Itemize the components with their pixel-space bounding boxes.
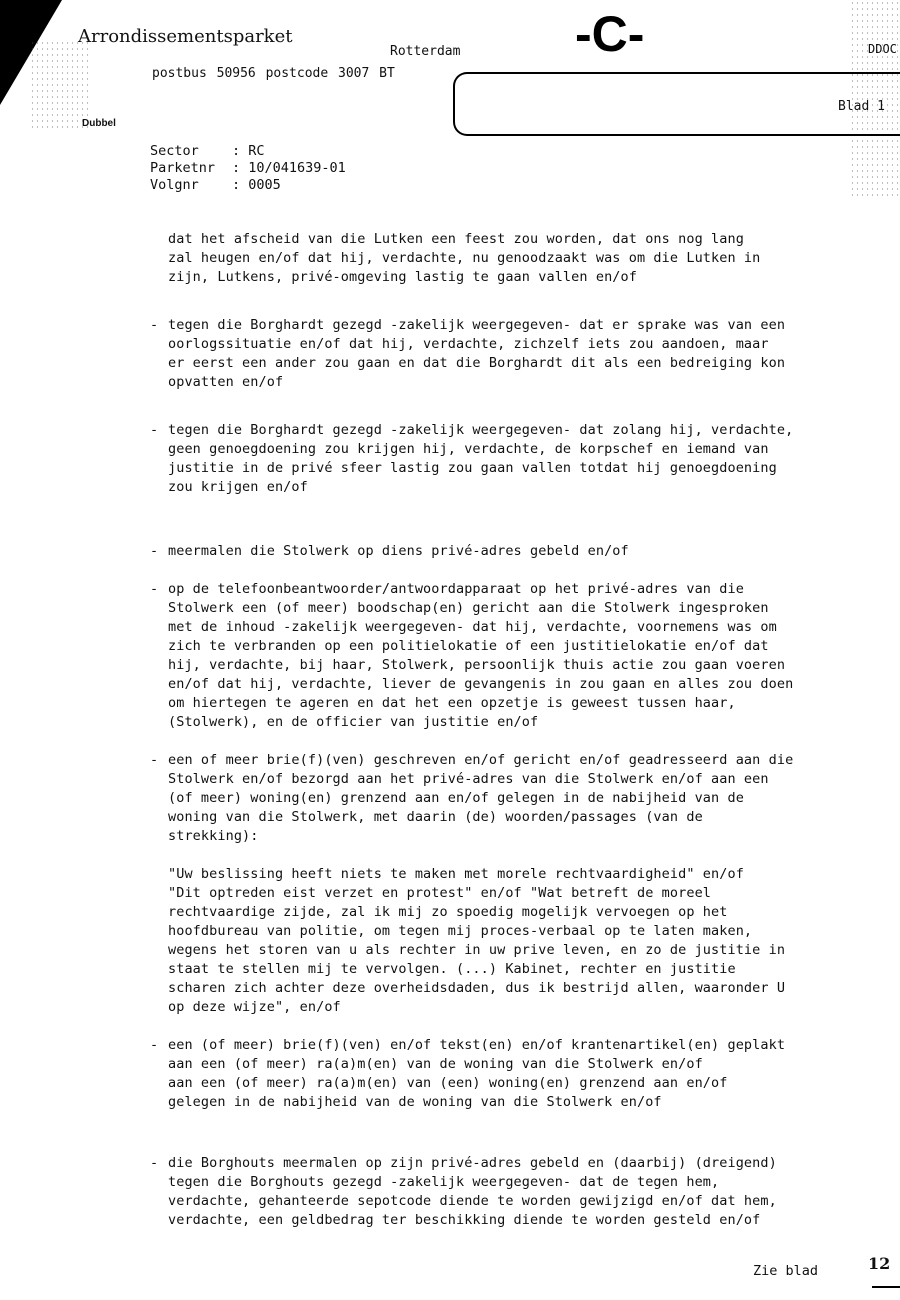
list-item: - die Borghouts meermalen op zijn privé-…	[150, 1154, 890, 1230]
list-item: - op de telefoonbeantwoorder/antwoordapp…	[150, 580, 890, 732]
page-label: Blad 1	[838, 99, 885, 114]
doc-code: DDOC	[868, 42, 897, 56]
list-item: - een of meer brie(f)(ven) geschreven en…	[150, 751, 890, 846]
quoted-passages: "Uw beslissing heeft niets te maken met …	[150, 865, 890, 1017]
copy-label: Dubbel	[82, 118, 116, 129]
continue-label: Zie blad	[753, 1263, 818, 1279]
case-metadata: Sector : RC Parketnr : 10/041639-01 Volg…	[150, 143, 346, 194]
page-box	[453, 72, 900, 136]
list-item: - tegen die Borghardt gezegd -zakelijk w…	[150, 316, 890, 392]
organization-name: Arrondissementsparket	[78, 26, 292, 47]
next-page-number: 12	[868, 1254, 890, 1273]
meta-sector: Sector : RC	[150, 143, 346, 160]
meta-volgnr: Volgnr : 0005	[150, 177, 346, 194]
list-item: - tegen die Borghardt gezegd -zakelijk w…	[150, 421, 890, 497]
postal-address: postbus 50956 postcode 3007 BT	[152, 66, 395, 81]
scan-noise	[30, 40, 90, 130]
handwritten-mark: -C-	[575, 5, 644, 63]
city: Rotterdam	[390, 44, 460, 59]
document-body: dat het afscheid van die Lutken een fees…	[150, 230, 890, 1230]
intro-paragraph: dat het afscheid van die Lutken een fees…	[150, 230, 890, 287]
meta-parketnr: Parketnr : 10/041639-01	[150, 160, 346, 177]
list-item: - meermalen die Stolwerk op diens privé-…	[150, 542, 890, 561]
page-number-underline	[872, 1286, 900, 1288]
list-item: - een (of meer) brie(f)(ven) en/of tekst…	[150, 1036, 890, 1112]
